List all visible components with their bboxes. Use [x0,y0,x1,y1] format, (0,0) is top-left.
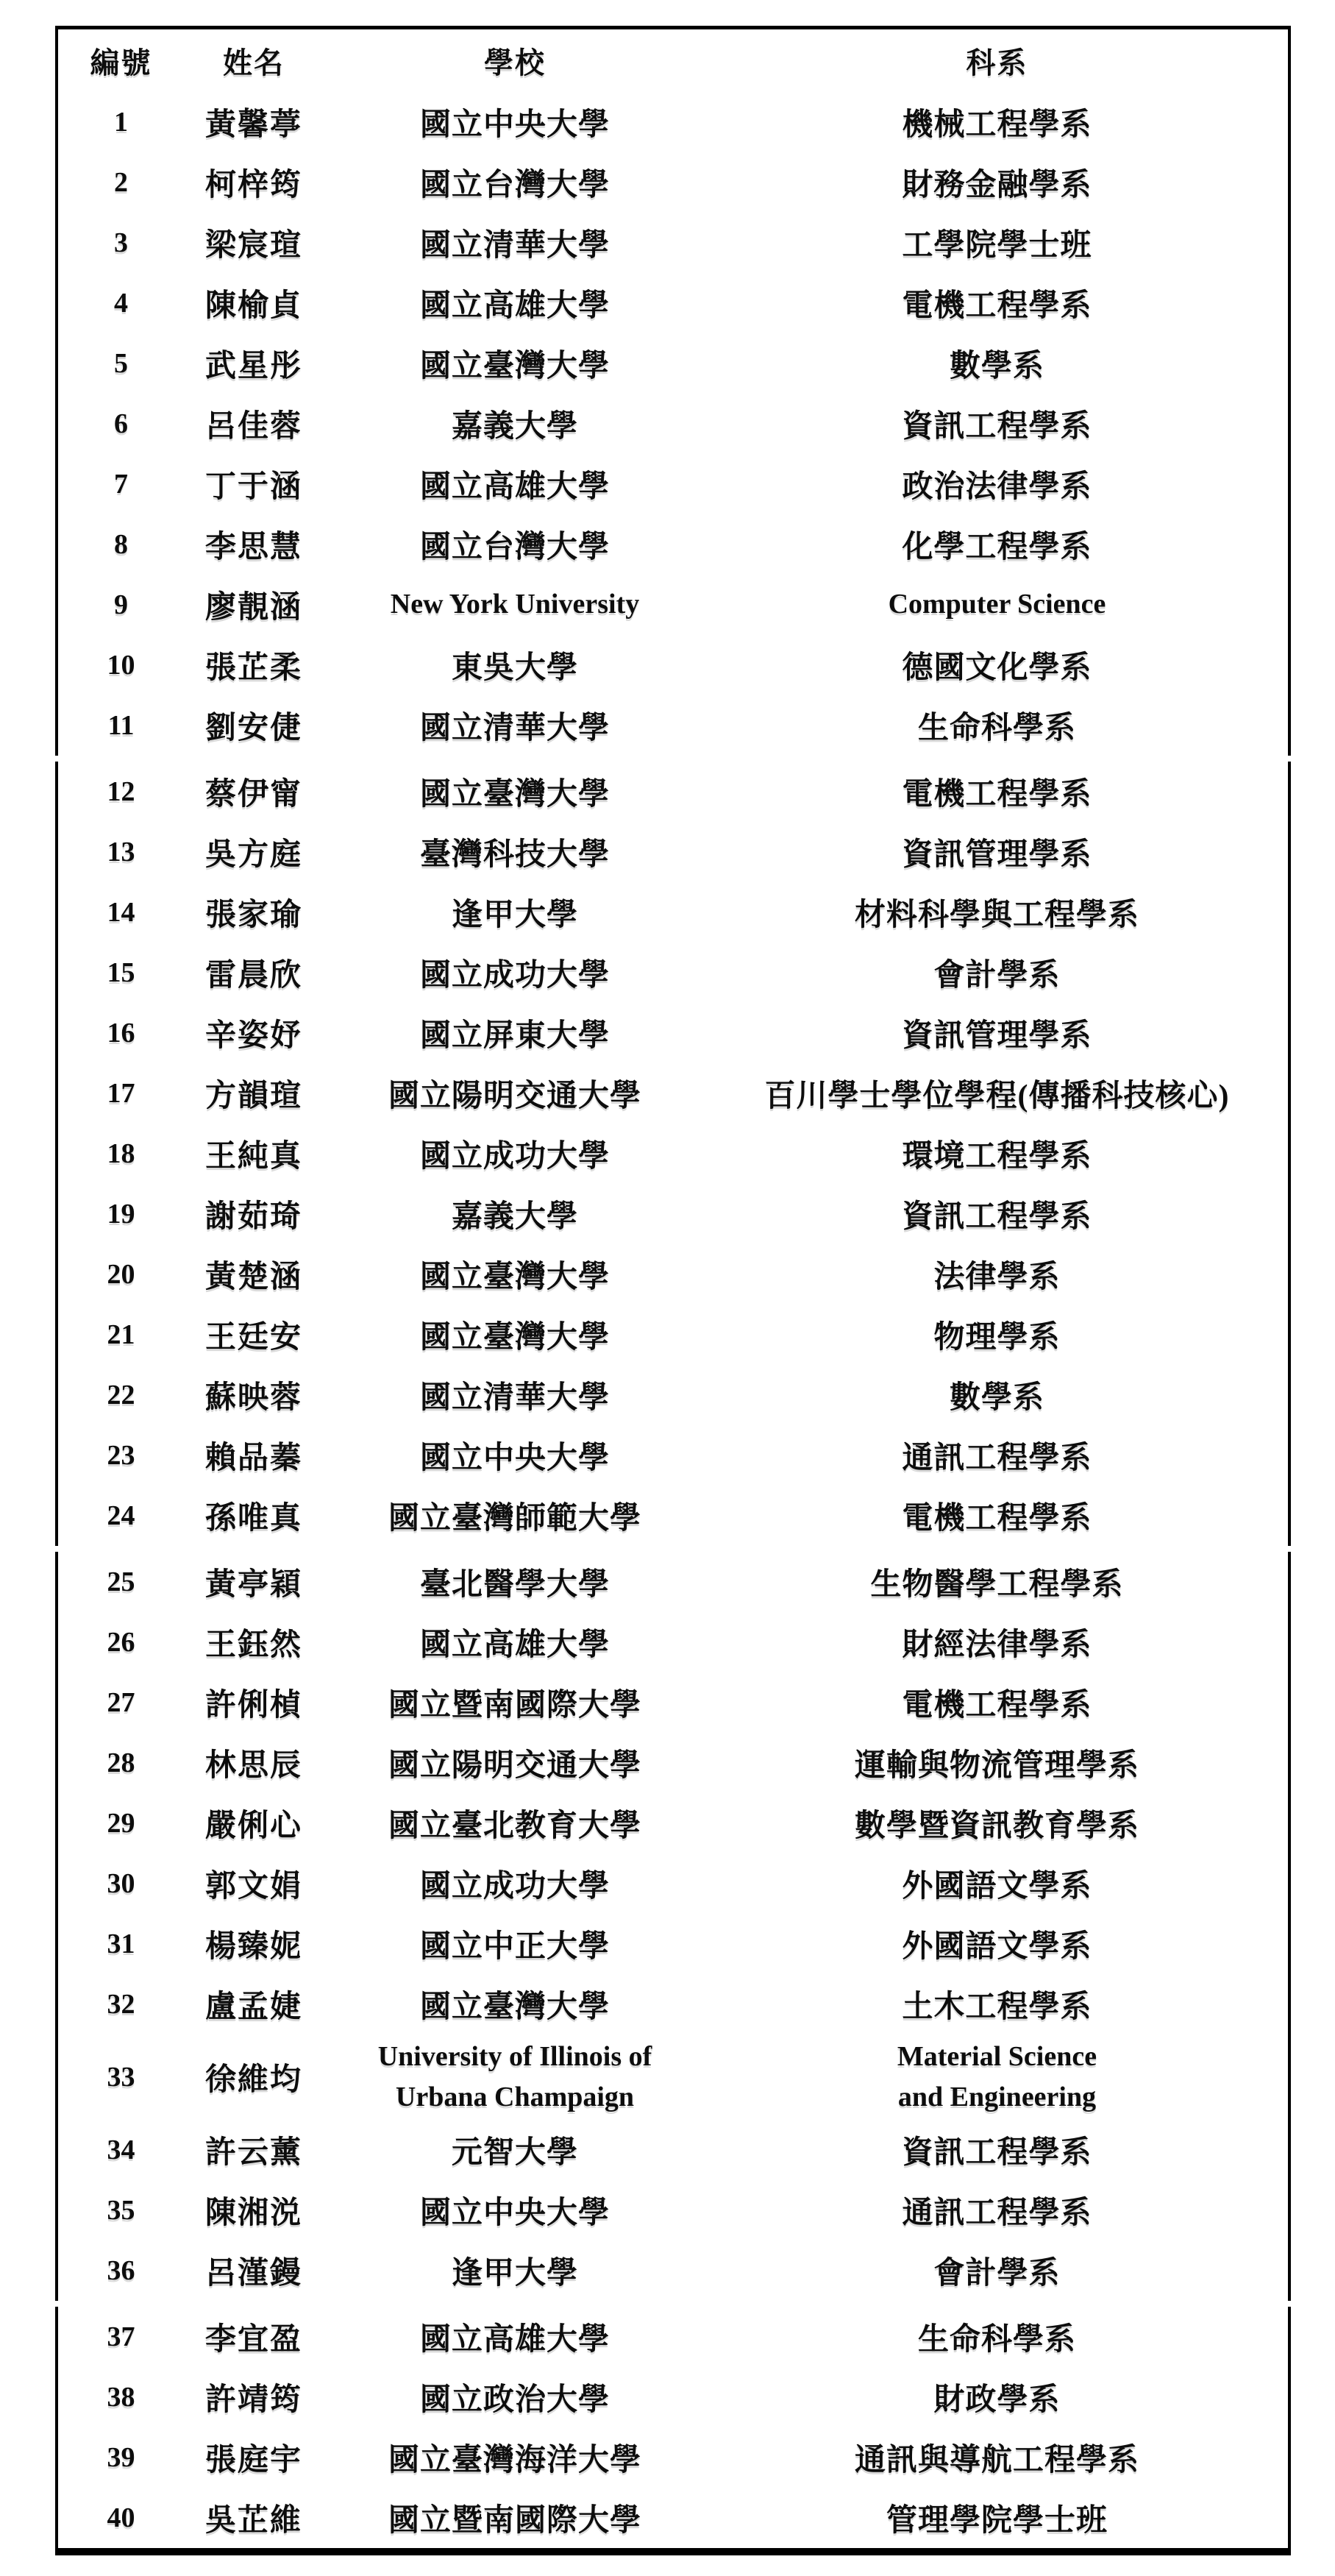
cell-name: 謝茹琦 [184,1192,324,1236]
table-row: 40吳芷維國立暨南國際大學管理學院學士班 [58,2488,1288,2548]
cell-number: 40 [58,2502,184,2534]
page-section: 編號姓名學校科系1黃馨葶國立中央大學機械工程學系2柯梓筠國立台灣大學財務金融學系… [55,26,1291,756]
cell-department: 生物醫學工程學系 [706,1560,1288,1604]
cell-department: 數學暨資訊教育學系 [706,1801,1288,1845]
page-section: 12蔡伊甯國立臺灣大學電機工程學系13吳方庭臺灣科技大學資訊管理學系14張家瑜逢… [55,762,1291,1546]
column-header-school: 學校 [324,40,706,82]
cell-number: 23 [58,1439,184,1472]
cell-name: 許靖筠 [184,2375,324,2419]
cell-number: 31 [58,1928,184,1960]
cell-department: 材料科學與工程學系 [706,890,1288,934]
cell-school: New York University [324,584,706,625]
cell-department: 通訊與導航工程學系 [706,2435,1288,2480]
cell-name: 黃楚涵 [184,1252,324,1296]
table-row: 32盧孟婕國立臺灣大學土木工程學系 [58,1974,1288,2034]
table-row: 25黃亭穎臺北醫學大學生物醫學工程學系 [58,1552,1288,1612]
table-row: 29嚴俐心國立臺北教育大學數學暨資訊教育學系 [58,1793,1288,1853]
cell-number: 11 [58,709,184,742]
cell-department: 數學系 [706,341,1288,386]
cell-name: 雷晨欣 [184,951,324,995]
table-row: 6呂佳蓉嘉義大學資訊工程學系 [58,394,1288,454]
cell-department: 外國語文學系 [706,1862,1288,1906]
cell-number: 19 [58,1198,184,1230]
cell-number: 16 [58,1017,184,1049]
cell-name: 柯梓筠 [184,160,324,205]
page-section: 25黃亭穎臺北醫學大學生物醫學工程學系26王鈺然國立高雄大學財經法律學系27許俐… [55,1552,1291,2301]
table-row: 30郭文娟國立成功大學外國語文學系 [58,1853,1288,1914]
cell-school: 國立暨南國際大學 [324,1681,706,1725]
table-row: 21王廷安國立臺灣大學物理學系 [58,1305,1288,1365]
cell-department: 會計學系 [706,2249,1288,2293]
cell-name: 王鈺然 [184,1620,324,1664]
table-row: 3梁宸瑄國立清華大學工學院學士班 [58,213,1288,273]
cell-number: 5 [58,347,184,380]
cell-department: 通訊工程學系 [706,1433,1288,1477]
table-row: 17方韻瑄國立陽明交通大學百川學士學位學程(傳播科技核心) [58,1063,1288,1124]
cell-school: 臺北醫學大學 [324,1560,706,1604]
cell-number: 25 [58,1566,184,1598]
table-row: 38許靖筠國立政治大學財政學系 [58,2367,1288,2427]
cell-number: 4 [58,287,184,319]
cell-school: 國立臺灣大學 [324,1313,706,1357]
cell-department: 外國語文學系 [706,1922,1288,1966]
cell-number: 8 [58,528,184,561]
cell-name: 張家瑜 [184,890,324,934]
cell-name: 辛姿妤 [184,1011,324,1055]
cell-department: 資訊工程學系 [706,402,1288,446]
cell-department: 財務金融學系 [706,160,1288,205]
cell-school: 國立清華大學 [324,1373,706,1417]
cell-name: 吳方庭 [184,830,324,874]
table-row: 11劉安倢國立清華大學生命科學系 [58,695,1288,756]
cell-name: 林思辰 [184,1741,324,1785]
cell-school: University of Illinois of Urbana Champai… [324,2037,706,2118]
cell-number: 32 [58,1988,184,2020]
cell-school: 東吳大學 [324,643,706,687]
cell-department: 資訊管理學系 [706,1011,1288,1055]
cell-school: 國立臺灣海洋大學 [324,2435,706,2480]
cell-school: 國立中央大學 [324,2188,706,2232]
cell-name: 陳湘涚 [184,2188,324,2232]
cell-school: 國立清華大學 [324,221,706,265]
cell-school: 國立成功大學 [324,951,706,995]
cell-number: 21 [58,1319,184,1351]
cell-name: 陳榆貞 [184,281,324,325]
cell-school: 逢甲大學 [324,2249,706,2293]
cell-number: 24 [58,1500,184,1532]
cell-school: 國立政治大學 [324,2375,706,2419]
cell-name: 張庭宇 [184,2435,324,2480]
cell-school: 國立中央大學 [324,100,706,144]
table-row: 36呂漌鏝逢甲大學會計學系 [58,2240,1288,2301]
table-row: 15雷晨欣國立成功大學會計學系 [58,943,1288,1003]
cell-department: 資訊工程學系 [706,1192,1288,1236]
cell-number: 18 [58,1138,184,1170]
cell-department: Material Science and Engineering [706,2037,1288,2118]
cell-department: 運輸與物流管理學系 [706,1741,1288,1785]
table-row: 7丁于涵國立高雄大學政治法律學系 [58,454,1288,514]
cell-school: 國立清華大學 [324,703,706,748]
cell-number: 22 [58,1379,184,1411]
cell-number: 9 [58,589,184,621]
table-row: 8李思慧國立台灣大學化學工程學系 [58,514,1288,575]
table-row: 10張芷柔東吳大學德國文化學系 [58,635,1288,695]
cell-school: 國立臺灣大學 [324,341,706,386]
table-row: 12蔡伊甯國立臺灣大學電機工程學系 [58,762,1288,822]
cell-name: 郭文娟 [184,1862,324,1906]
table-row: 27許俐楨國立暨南國際大學電機工程學系 [58,1672,1288,1733]
cell-department: 土木工程學系 [706,1982,1288,2026]
table-row: 2柯梓筠國立台灣大學財務金融學系 [58,152,1288,213]
cell-department: 電機工程學系 [706,281,1288,325]
table-row: 22蘇映蓉國立清華大學數學系 [58,1365,1288,1425]
cell-department: 電機工程學系 [706,1681,1288,1725]
cell-school: 逢甲大學 [324,890,706,934]
cell-department: 工學院學士班 [706,221,1288,265]
cell-school: 國立臺灣師範大學 [324,1494,706,1538]
cell-department: 會計學系 [706,951,1288,995]
cell-name: 廖靚涵 [184,583,324,627]
cell-department: 法律學系 [706,1252,1288,1296]
cell-school: 嘉義大學 [324,1192,706,1236]
cell-department: 資訊工程學系 [706,2128,1288,2172]
cell-number: 35 [58,2194,184,2226]
cell-number: 38 [58,2381,184,2413]
table-row: 4陳榆貞國立高雄大學電機工程學系 [58,273,1288,333]
cell-name: 王廷安 [184,1313,324,1357]
cell-department: 電機工程學系 [706,1494,1288,1538]
cell-department: 物理學系 [706,1313,1288,1357]
column-header-department: 科系 [706,40,1288,82]
cell-number: 10 [58,649,184,681]
cell-number: 20 [58,1258,184,1291]
cell-school: 國立中央大學 [324,1433,706,1477]
cell-number: 2 [58,166,184,199]
cell-number: 17 [58,1077,184,1110]
cell-name: 黃馨葶 [184,100,324,144]
cell-name: 張芷柔 [184,643,324,687]
table-row: 14張家瑜逢甲大學材料科學與工程學系 [58,882,1288,943]
cell-number: 27 [58,1686,184,1719]
cell-number: 6 [58,408,184,440]
cell-name: 楊臻妮 [184,1922,324,1966]
cell-department: 財經法律學系 [706,1620,1288,1664]
cell-school: 國立成功大學 [324,1132,706,1176]
table-row: 16辛姿妤國立屏東大學資訊管理學系 [58,1003,1288,1063]
table-row: 37李宜盈國立高雄大學生命科學系 [58,2307,1288,2367]
cell-school: 國立成功大學 [324,1862,706,1906]
cell-school: 國立陽明交通大學 [324,1741,706,1785]
cell-school: 國立中正大學 [324,1922,706,1966]
table-row: 13吳方庭臺灣科技大學資訊管理學系 [58,822,1288,882]
cell-department: 化學工程學系 [706,522,1288,567]
cell-name: 蔡伊甯 [184,770,324,814]
cell-department: Computer Science [706,584,1288,625]
cell-name: 黃亭穎 [184,1560,324,1604]
column-header-name: 姓名 [184,40,324,82]
cell-name: 武星彤 [184,341,324,386]
cell-school: 國立臺灣大學 [324,1982,706,2026]
cell-number: 39 [58,2441,184,2474]
cell-number: 26 [58,1626,184,1658]
cell-number: 13 [58,836,184,868]
table-row: 39張庭宇國立臺灣海洋大學通訊與導航工程學系 [58,2427,1288,2488]
cell-name: 呂漌鏝 [184,2249,324,2293]
cell-name: 賴品蓁 [184,1433,324,1477]
cell-name: 劉安倢 [184,703,324,748]
cell-department: 百川學士學位學程(傳播科技核心) [706,1071,1288,1115]
cell-school: 臺灣科技大學 [324,830,706,874]
cell-school: 國立臺灣大學 [324,1252,706,1296]
cell-name: 李宜盈 [184,2315,324,2359]
cell-school: 國立高雄大學 [324,2315,706,2359]
cell-name: 蘇映蓉 [184,1373,324,1417]
cell-number: 36 [58,2254,184,2287]
table-row: 18王純真國立成功大學環境工程學系 [58,1124,1288,1184]
cell-name: 王純真 [184,1132,324,1176]
table-row: 35陳湘涚國立中央大學通訊工程學系 [58,2180,1288,2240]
cell-department: 德國文化學系 [706,643,1288,687]
table-row: 20黃楚涵國立臺灣大學法律學系 [58,1244,1288,1305]
table-row: 31楊臻妮國立中正大學外國語文學系 [58,1914,1288,1974]
cell-number: 15 [58,957,184,989]
cell-name: 盧孟婕 [184,1982,324,2026]
cell-school: 國立台灣大學 [324,522,706,567]
scanned-document: 編號姓名學校科系1黃馨葶國立中央大學機械工程學系2柯梓筠國立台灣大學財務金融學系… [0,0,1335,2555]
cell-name: 李思慧 [184,522,324,567]
cell-department: 管理學院學士班 [706,2496,1288,2540]
cell-department: 機械工程學系 [706,100,1288,144]
table-header-row: 編號姓名學校科系 [58,29,1288,92]
cell-department: 資訊管理學系 [706,830,1288,874]
cell-name: 嚴俐心 [184,1801,324,1845]
cell-school: 嘉義大學 [324,402,706,446]
cell-number: 30 [58,1867,184,1900]
cell-name: 徐維均 [184,2055,324,2099]
cell-school: 國立高雄大學 [324,281,706,325]
table-row: 19謝茹琦嘉義大學資訊工程學系 [58,1184,1288,1244]
cell-school: 國立臺灣大學 [324,770,706,814]
cell-number: 1 [58,106,184,138]
cell-number: 34 [58,2134,184,2166]
cell-number: 29 [58,1807,184,1839]
table-row: 1黃馨葶國立中央大學機械工程學系 [58,92,1288,152]
cell-department: 數學系 [706,1373,1288,1417]
cell-name: 梁宸瑄 [184,221,324,265]
table-row: 5武星彤國立臺灣大學數學系 [58,333,1288,394]
cell-number: 33 [58,2061,184,2093]
cell-number: 37 [58,2321,184,2353]
table-row: 26王鈺然國立高雄大學財經法律學系 [58,1612,1288,1672]
cell-number: 3 [58,227,184,259]
cell-department: 環境工程學系 [706,1132,1288,1176]
cell-name: 呂佳蓉 [184,402,324,446]
column-header-no: 編號 [58,40,184,82]
table-row: 34許云薰元智大學資訊工程學系 [58,2120,1288,2180]
cell-name: 方韻瑄 [184,1071,324,1115]
cell-department: 生命科學系 [706,703,1288,748]
table-row: 24孫唯真國立臺灣師範大學電機工程學系 [58,1486,1288,1546]
cell-school: 國立高雄大學 [324,1620,706,1664]
cell-number: 28 [58,1747,184,1779]
cell-department: 財政學系 [706,2375,1288,2419]
cell-department: 生命科學系 [706,2315,1288,2359]
cell-school: 國立高雄大學 [324,462,706,506]
cell-school: 國立屏東大學 [324,1011,706,1055]
cell-department: 政治法律學系 [706,462,1288,506]
cell-school: 元智大學 [324,2128,706,2172]
page-section: 37李宜盈國立高雄大學生命科學系38許靖筠國立政治大學財政學系39張庭宇國立臺灣… [55,2307,1291,2555]
cell-school: 國立台灣大學 [324,160,706,205]
cell-number: 7 [58,468,184,500]
table-row: 33徐維均University of Illinois of Urbana Ch… [58,2034,1288,2120]
cell-name: 孫唯真 [184,1494,324,1538]
cell-name: 許云薰 [184,2128,324,2172]
cell-name: 丁于涵 [184,462,324,506]
cell-department: 電機工程學系 [706,770,1288,814]
cell-number: 12 [58,776,184,808]
cell-department: 通訊工程學系 [706,2188,1288,2232]
cell-school: 國立陽明交通大學 [324,1071,706,1115]
roster-table: 編號姓名學校科系1黃馨葶國立中央大學機械工程學系2柯梓筠國立台灣大學財務金融學系… [55,26,1291,2555]
cell-name: 許俐楨 [184,1681,324,1725]
cell-name: 吳芷維 [184,2496,324,2540]
table-row: 9廖靚涵New York UniversityComputer Science [58,575,1288,635]
table-row: 28林思辰國立陽明交通大學運輸與物流管理學系 [58,1733,1288,1793]
cell-school: 國立臺北教育大學 [324,1801,706,1845]
table-row: 23賴品蓁國立中央大學通訊工程學系 [58,1425,1288,1486]
cell-school: 國立暨南國際大學 [324,2496,706,2540]
cell-number: 14 [58,896,184,929]
